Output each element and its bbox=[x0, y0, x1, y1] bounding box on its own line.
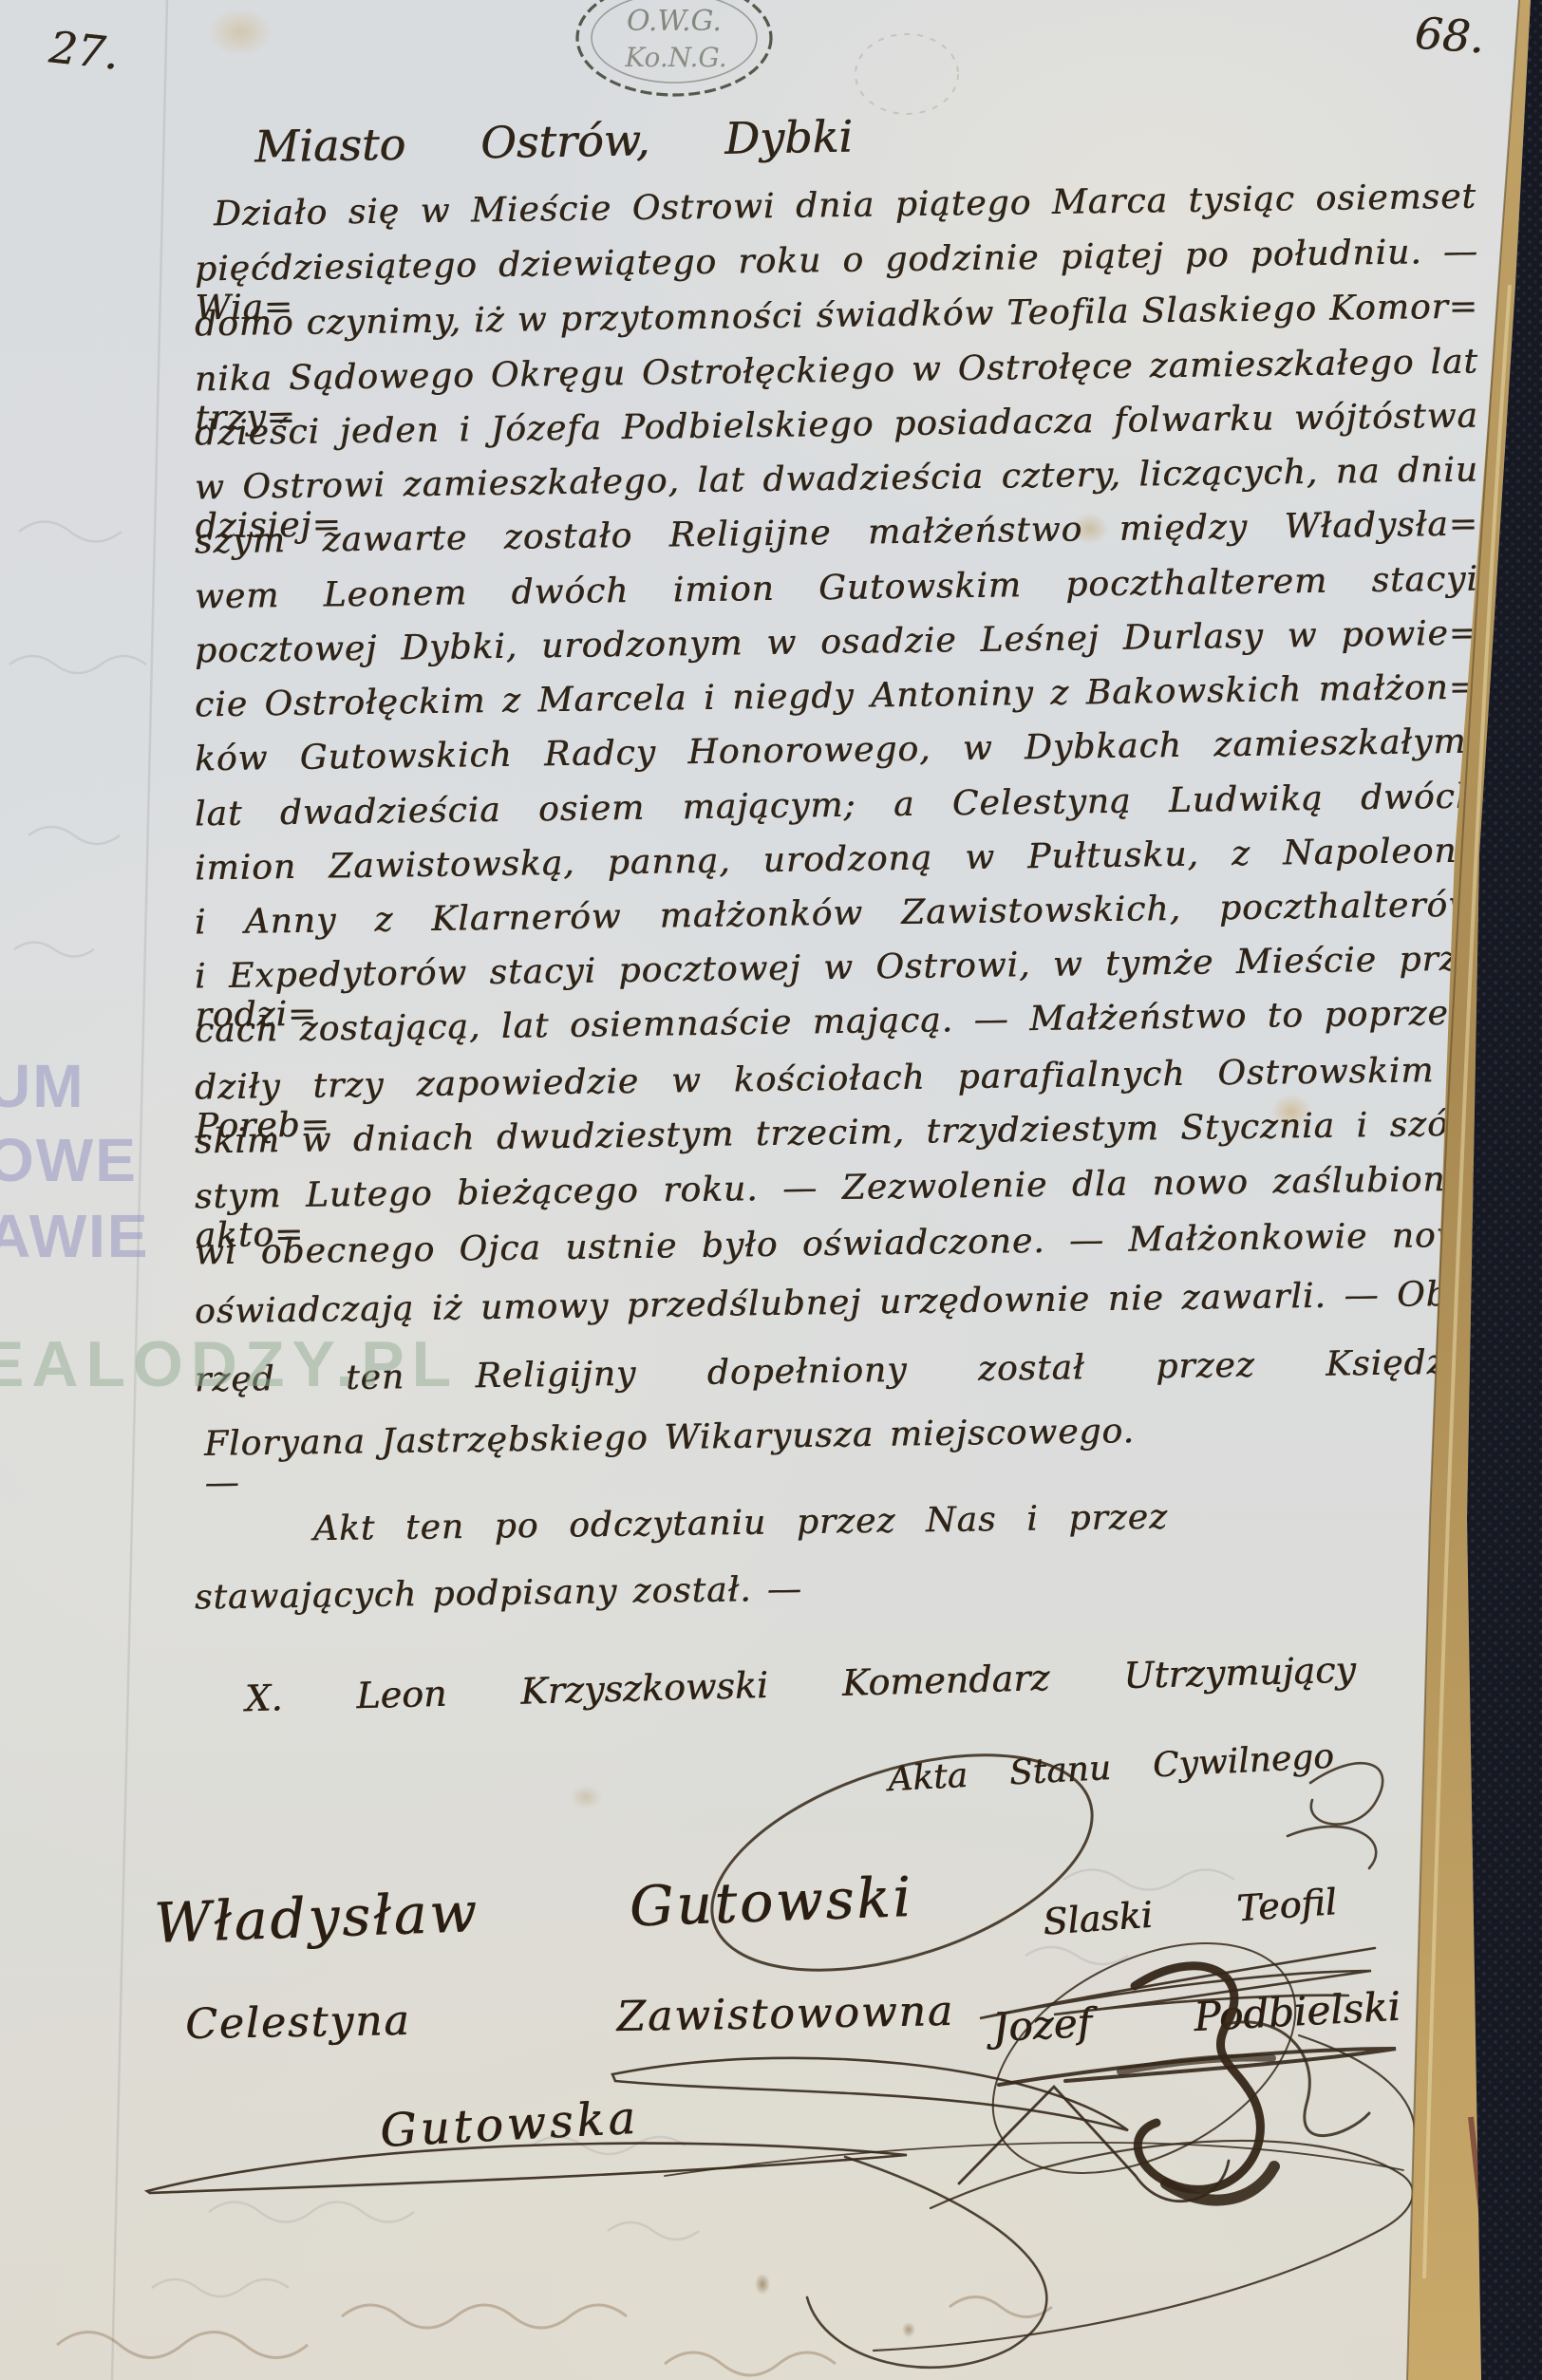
site-watermark: EALODZY.PL bbox=[0, 1327, 459, 1401]
paper-stain bbox=[207, 8, 273, 57]
oval-stamp: O.W.G. Ko.N.G. bbox=[577, 0, 771, 95]
paper-stain bbox=[570, 1785, 602, 1809]
record-line: stym Lutego bieżącego roku. — Zezwolenie… bbox=[195, 1160, 1479, 1227]
paper-stain bbox=[902, 2322, 915, 2337]
signature-witness-slaski: Slaski Teofil bbox=[1042, 1881, 1338, 1943]
record-line: wi obecnego Ojca ustnie było oświadczone… bbox=[195, 1216, 1479, 1284]
clergy-attestation-line: X. Leon Krzyszkowski Komendarz Utrzymują… bbox=[245, 1649, 1357, 1720]
scanned-register-page: 27. 68. Miasto Ostrów, Dybki Działo się … bbox=[0, 0, 1542, 2380]
archive-watermark-line: OWE bbox=[0, 1130, 150, 1190]
page-number-right: 68. bbox=[1413, 8, 1486, 64]
signature-witness-podbielski: Jozef Podbielski bbox=[991, 1983, 1401, 2051]
record-line: stawających podpisany został. — bbox=[195, 1570, 803, 1628]
archive-watermark-line: UM bbox=[0, 1056, 150, 1116]
signature-bride-surname: Gutowska bbox=[379, 2082, 818, 2158]
signature-groom: Władysław Gutowski bbox=[153, 1865, 914, 1956]
paper-stain bbox=[755, 2274, 770, 2295]
record-line: Floryana Jastrzębskiego Wikaryusza miejs… bbox=[204, 1412, 1136, 1474]
signature-bride: Celestyna Zawistowowna bbox=[185, 1987, 955, 2049]
archive-watermark-line: AWIE bbox=[0, 1206, 150, 1266]
binding-red-sliver bbox=[1471, 2117, 1481, 2212]
page-number-left: 27. bbox=[47, 21, 121, 79]
faint-stamp-ghost bbox=[856, 34, 958, 114]
clergy-attestation-line: Akta Stanu Cywilnego bbox=[887, 1737, 1335, 1800]
stamp-monogram: O.W.G. bbox=[627, 5, 722, 38]
archive-watermark: UM OWE AWIE bbox=[0, 1056, 150, 1266]
record-line: Akt ten po odczytaniu przez Nas i przez bbox=[313, 1498, 1169, 1560]
stamp-monogram: Ko.N.G. bbox=[624, 42, 726, 73]
record-heading: Miasto Ostrów, Dybki bbox=[254, 111, 854, 173]
bleedthrough-brown bbox=[57, 2297, 1052, 2376]
